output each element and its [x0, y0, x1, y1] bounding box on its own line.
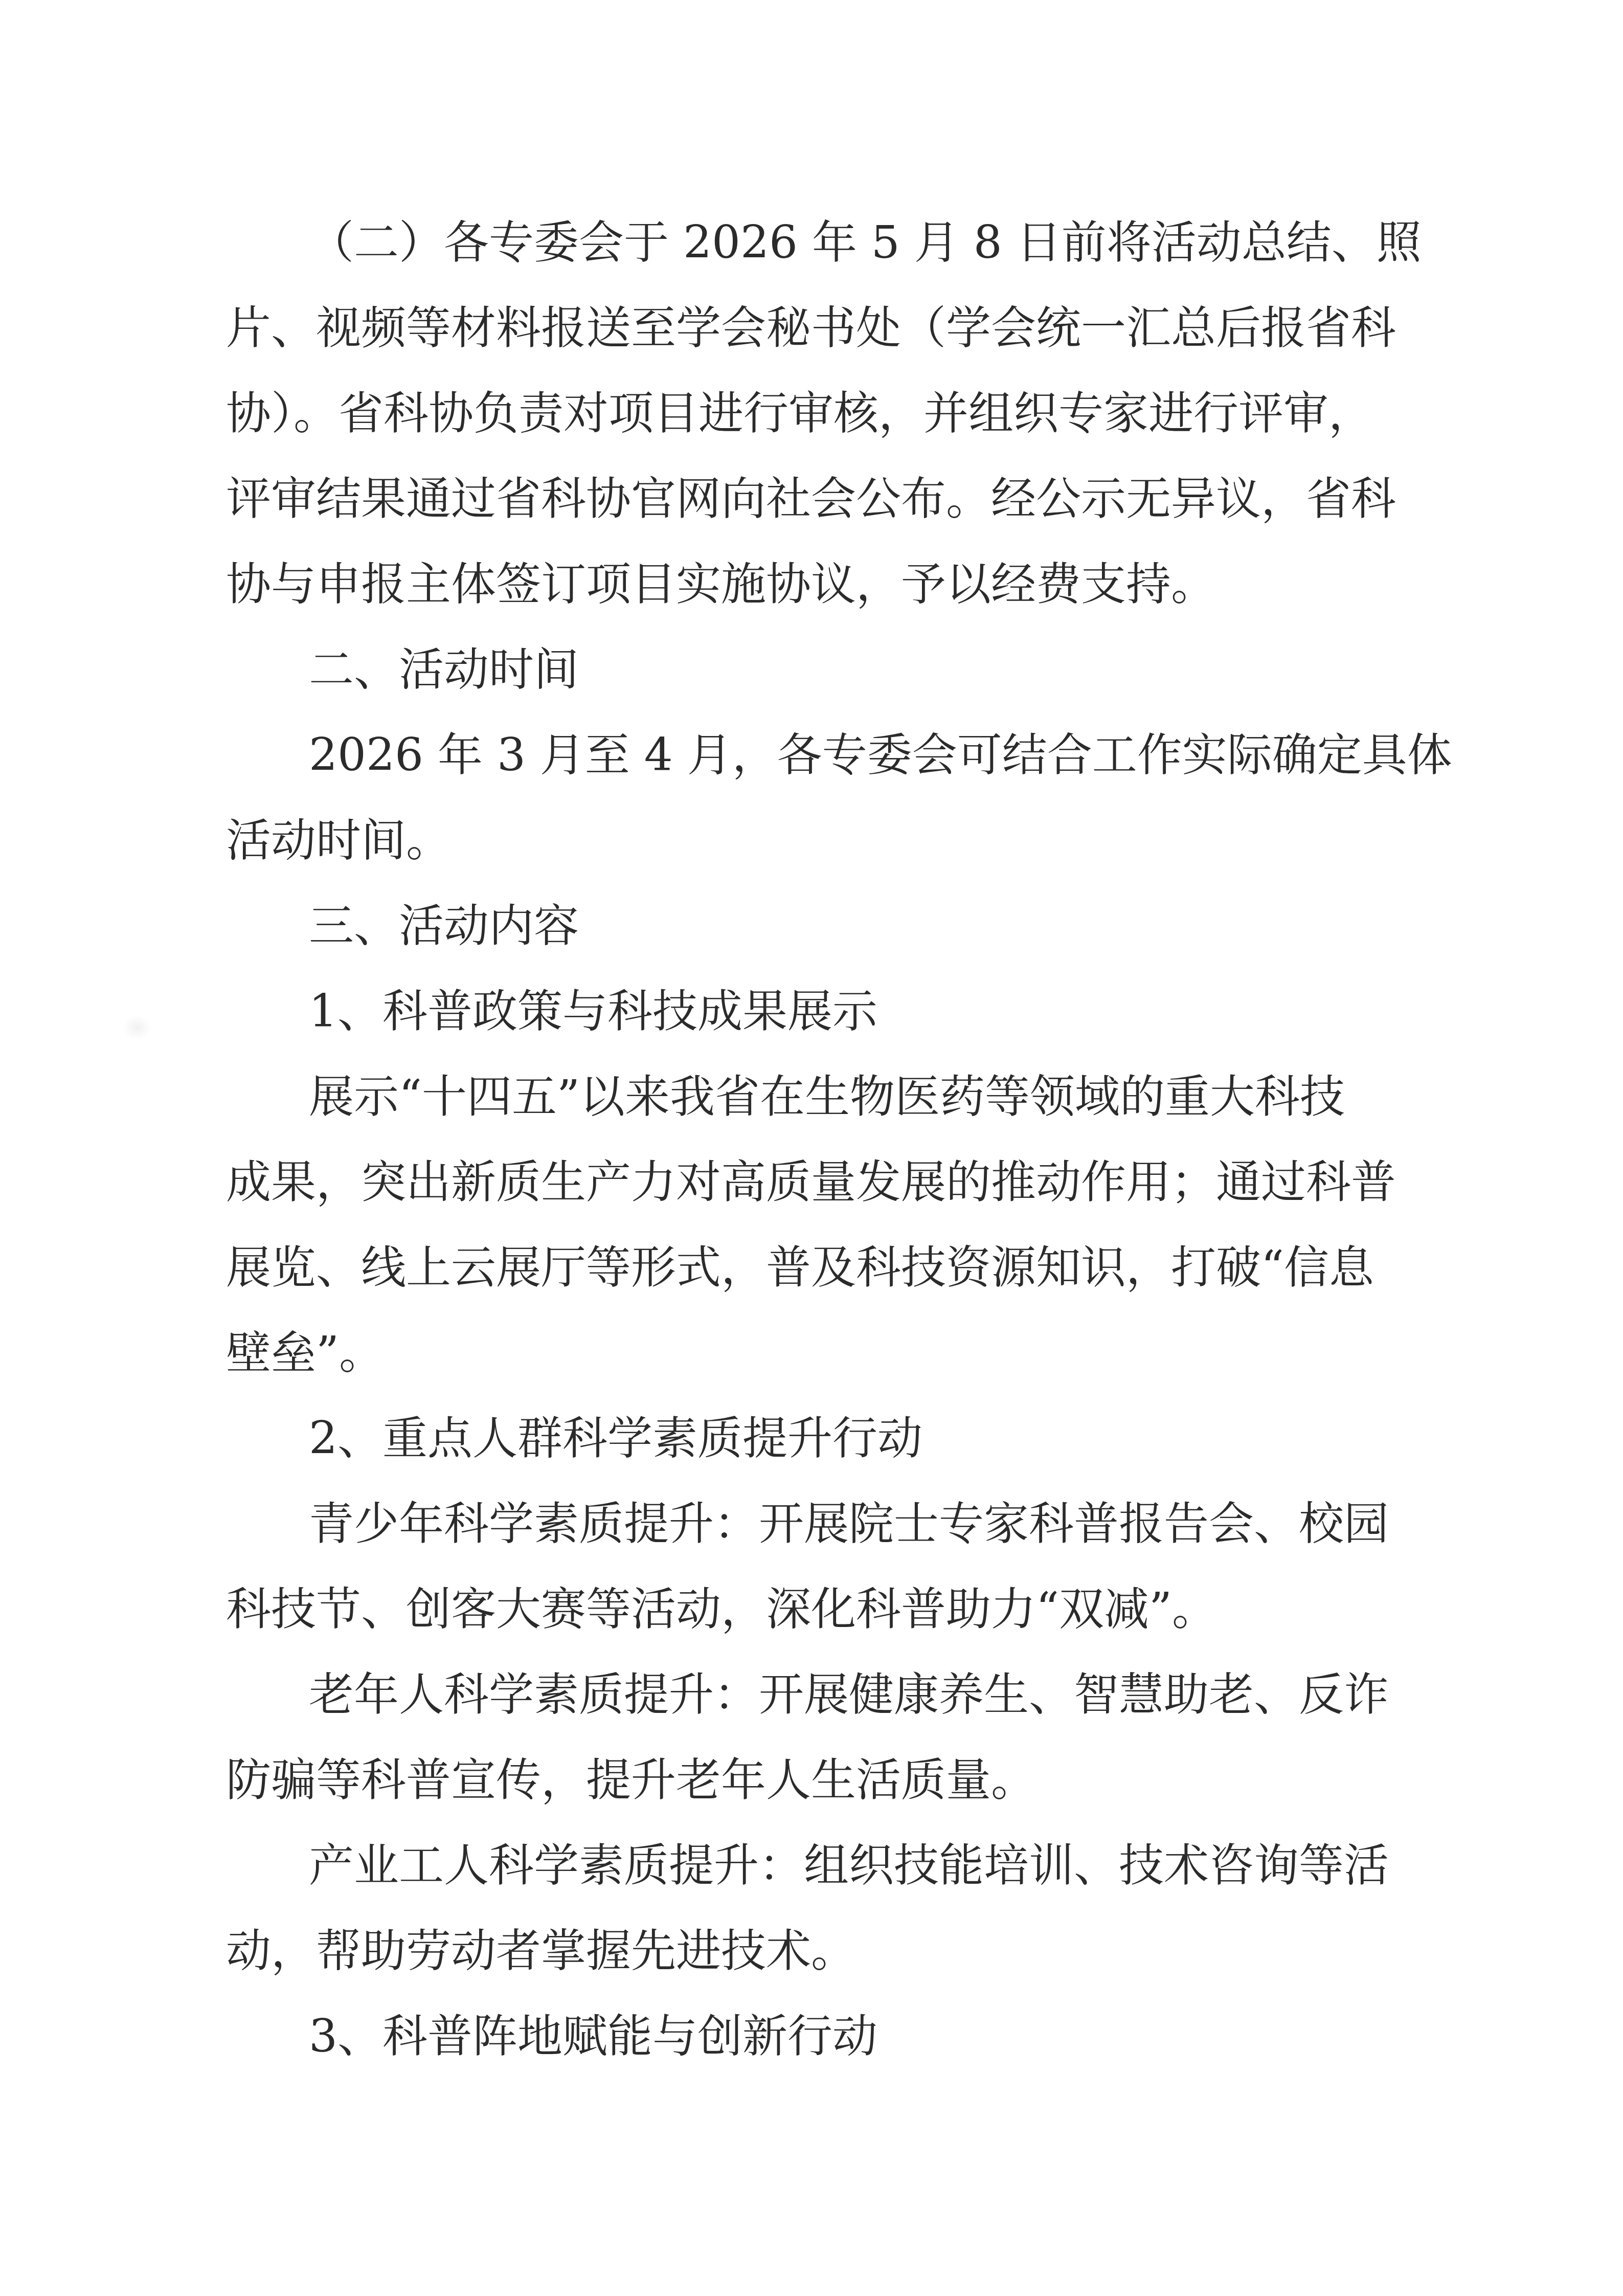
text-line: 三、活动内容 — [226, 883, 1623, 968]
scan-smudge-artifact — [123, 1015, 151, 1040]
text-line: 评审结果通过省科协官网向社会公布。经公示无异议，省科 — [226, 456, 1623, 541]
text-line: 协与申报主体签订项目实施协议，予以经费支持。 — [226, 541, 1623, 627]
text-line: 活动时间。 — [226, 797, 1623, 883]
text-line: （二）各专委会于 2026 年 5 月 8 日前将活动总结、照 — [226, 199, 1623, 285]
text-line: 2、重点人群科学素质提升行动 — [226, 1395, 1623, 1481]
text-line: 老年人科学素质提升：开展健康养生、智慧助老、反诈 — [226, 1652, 1623, 1737]
text-line: 青少年科学素质提升：开展院士专家科普报告会、校园 — [226, 1481, 1623, 1566]
text-line: 展览、线上云展厅等形式，普及科技资源知识，打破“信息 — [226, 1224, 1623, 1310]
text-line: 科技节、创客大赛等活动，深化科普助力“双减”。 — [226, 1566, 1623, 1652]
text-line: 协）。省科协负责对项目进行审核，并组织专家进行评审， — [226, 370, 1623, 456]
text-line: 2026 年 3 月至 4 月，各专委会可结合工作实际确定具体 — [226, 712, 1623, 797]
text-line: 防骗等科普宣传，提升老年人生活质量。 — [226, 1737, 1623, 1822]
text-line: 壁垒”。 — [226, 1310, 1623, 1395]
text-line: 成果，突出新质生产力对高质量发展的推动作用；通过科普 — [226, 1139, 1623, 1224]
document-page: （二）各专委会于 2026 年 5 月 8 日前将活动总结、照片、视频等材料报送… — [0, 0, 1623, 2296]
text-line: 片、视频等材料报送至学会秘书处（学会统一汇总后报省科 — [226, 285, 1623, 370]
text-line: 1、科普政策与科技成果展示 — [226, 968, 1623, 1054]
text-line: 展示“十四五”以来我省在生物医药等领域的重大科技 — [226, 1054, 1623, 1139]
text-line: 产业工人科学素质提升：组织技能培训、技术咨询等活 — [226, 1822, 1623, 1908]
document-body: （二）各专委会于 2026 年 5 月 8 日前将活动总结、照片、视频等材料报送… — [226, 199, 1623, 2079]
text-line: 动，帮助劳动者掌握先进技术。 — [226, 1908, 1623, 1993]
text-line: 3、科普阵地赋能与创新行动 — [226, 1993, 1623, 2079]
text-line: 二、活动时间 — [226, 627, 1623, 712]
